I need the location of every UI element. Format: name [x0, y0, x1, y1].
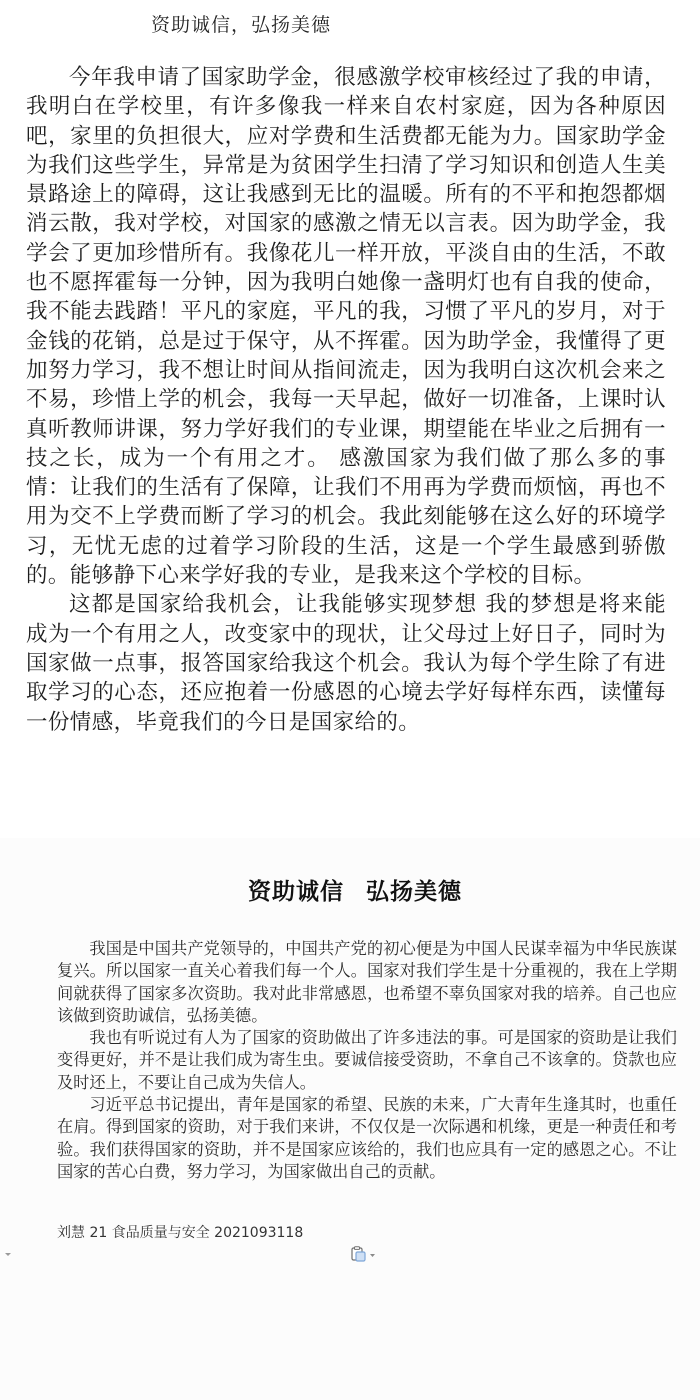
author-signature: 刘慧 21 食品质量与安全 2021093118 [57, 1222, 303, 1242]
paste-options-icon [350, 1246, 380, 1264]
typed-essay-section: 资助诚信弘扬美德 我国是中国共产党领导的，中国共产党的初心便是为中国人民谋幸福为… [0, 838, 700, 1400]
essay-body: 今年我申请了国家助学金，很感激学校审核经过了我的申请，我明白在学校里，有许多像我… [26, 63, 666, 737]
paste-options-button[interactable] [350, 1246, 380, 1264]
title-part: 资助诚信 [248, 878, 344, 905]
essay-paragraph: 习近平总书记提出，青年是国家的希望、民族的未来，广大青年生逢其时，也重任在肩。得… [57, 1094, 677, 1183]
title-part: 弘扬美德 [366, 878, 462, 905]
essay-paragraph: 今年我申请了国家助学金，很感激学校审核经过了我的申请，我明白在学校里，有许多像我… [26, 63, 666, 590]
essay-title: 资助诚信弘扬美德 [0, 873, 700, 906]
essay-paragraph: 我也有听说过有人为了国家的资助做出了许多违法的事。可是国家的资助是让我们变得更好… [57, 1027, 677, 1094]
essay-paragraph: 我国是中国共产党领导的，中国共产党的初心便是为中国人民谋幸福为中华民族谋复兴。所… [57, 938, 677, 1027]
essay-body: 我国是中国共产党领导的，中国共产党的初心便是为中国人民谋幸福为中华民族谋复兴。所… [57, 938, 677, 1183]
scanned-essay-section: 资助诚信，弘扬美德 今年我申请了国家助学金，很感激学校审核经过了我的申请，我明白… [0, 0, 700, 838]
essay-paragraph: 这都是国家给我机会，让我能够实现梦想 我的梦想是将来能成为一个有用之人，改变家中… [26, 590, 666, 736]
caret-down-icon[interactable] [5, 1253, 11, 1256]
essay-title: 资助诚信，弘扬美德 [151, 10, 331, 37]
